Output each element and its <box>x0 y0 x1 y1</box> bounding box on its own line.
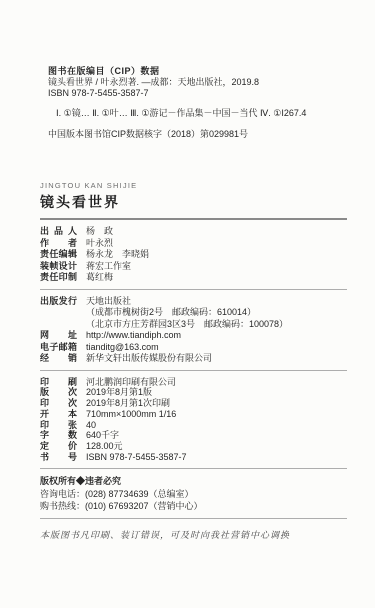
cip-record-number: 中国版本图书馆CIP数据核字（2018）第029981号 <box>48 129 347 140</box>
cip-header: 图书在版编目（CIP）数据 <box>48 66 347 77</box>
cip-isbn-line: ISBN 978-7-5455-3587-7 <box>48 88 347 99</box>
impression-info: 2019年8月第1次印刷 <box>86 398 347 409</box>
credit-label: 装帧设计 <box>40 261 77 273</box>
book-title-pinyin: JINGTOU KAN SHIJIE <box>40 181 347 190</box>
sheet-count: 40 <box>86 420 347 431</box>
section-divider <box>40 518 347 519</box>
credit-row: 责任编辑 杨永龙 李晓娟 <box>40 249 347 261</box>
publishing-label: 经销 <box>40 353 77 365</box>
cip-title-line: 镜头看世界 / 叶永烈著. —成都：天地出版社，2019.8 <box>48 77 347 88</box>
printing-row: 定价 128.00元 <box>40 441 347 452</box>
credit-value: 蒋宏工作室 <box>86 261 347 273</box>
credit-label: 作者 <box>40 238 77 250</box>
publishing-row: 电子邮箱 tianditg@163.com <box>40 342 347 354</box>
printing-row: 版次 2019年8月第1版 <box>40 387 347 398</box>
printing-row: 印次 2019年8月第1次印刷 <box>40 398 347 409</box>
publishing-row: 网址 http://www.tiandiph.com <box>40 330 347 342</box>
edition-info: 2019年8月第1版 <box>86 387 347 398</box>
word-count: 640千字 <box>86 430 347 441</box>
publisher-website: http://www.tiandiph.com <box>86 330 347 342</box>
printing-label: 书号 <box>40 452 77 463</box>
publisher-email: tianditg@163.com <box>86 342 347 354</box>
cip-block: 图书在版编目（CIP）数据 镜头看世界 / 叶永烈著. —成都：天地出版社，20… <box>40 66 347 140</box>
publishing-block: 出版发行 天地出版社 （成都市槐树街2号 邮政编码：610014） （北京市方庄… <box>40 296 347 365</box>
printing-row: 书号 ISBN 978-7-5455-3587-7 <box>40 452 347 463</box>
title-block: JINGTOU KAN SHIJIE 镜头看世界 <box>40 181 347 212</box>
book-title: 镜头看世界 <box>40 192 347 212</box>
copyright-block: 版权所有◆违者必究 咨询电话：(028) 87734639（总编室） 购书热线：… <box>40 475 347 513</box>
publishing-label <box>40 307 77 319</box>
printing-label: 版次 <box>40 387 77 398</box>
replacement-note: 本版图书凡印刷、装订错误，可及时向我社营销中心调换 <box>40 528 347 541</box>
credits-block: 出品人 杨 政 作者 叶永烈 责任编辑 杨永龙 李晓娟 装帧设计 蒋宏工作室 责… <box>40 226 347 284</box>
printing-row: 印刷 河北鹏润印刷有限公司 <box>40 377 347 388</box>
printing-row: 字数 640千字 <box>40 430 347 441</box>
printing-label: 定价 <box>40 441 77 452</box>
price: 128.00元 <box>86 441 347 452</box>
credit-value: 葛红梅 <box>86 272 347 284</box>
credit-value: 杨 政 <box>86 226 347 238</box>
printing-block: 印刷 河北鹏润印刷有限公司 版次 2019年8月第1版 印次 2019年8月第1… <box>40 377 347 463</box>
format-info: 710mm×1000mm 1/16 <box>86 409 347 420</box>
credit-row: 作者 叶永烈 <box>40 238 347 250</box>
printing-label: 印次 <box>40 398 77 409</box>
credit-label: 出品人 <box>40 226 77 238</box>
credit-label: 责任编辑 <box>40 249 77 261</box>
printing-label: 字数 <box>40 430 77 441</box>
section-divider <box>40 370 347 371</box>
credit-value: 叶永烈 <box>86 238 347 250</box>
publishing-label: 出版发行 <box>40 296 77 308</box>
printer-name: 河北鹏润印刷有限公司 <box>86 377 347 388</box>
printing-row: 开本 710mm×1000mm 1/16 <box>40 409 347 420</box>
printing-label: 开本 <box>40 409 77 420</box>
publisher-address-beijing: （北京市方庄芳群园3区3号 邮政编码：100078） <box>86 319 347 331</box>
publishing-row: （北京市方庄芳群园3区3号 邮政编码：100078） <box>40 319 347 331</box>
publishing-row: （成都市槐树街2号 邮政编码：610014） <box>40 307 347 319</box>
printing-label: 印张 <box>40 420 77 431</box>
credit-value: 杨永龙 李晓娟 <box>86 249 347 261</box>
distributor-name: 新华文轩出版传媒股份有限公司 <box>86 353 347 365</box>
publishing-label: 电子邮箱 <box>40 342 77 354</box>
copyright-notice: 版权所有◆违者必究 <box>40 475 347 488</box>
isbn-number: ISBN 978-7-5455-3587-7 <box>86 452 347 463</box>
credit-label: 责任印制 <box>40 272 77 284</box>
publishing-label <box>40 319 77 331</box>
inquiry-phone: 咨询电话：(028) 87734639（总编室） <box>40 488 347 501</box>
credit-row: 装帧设计 蒋宏工作室 <box>40 261 347 273</box>
credit-row: 责任印制 葛红梅 <box>40 272 347 284</box>
printing-row: 印张 40 <box>40 420 347 431</box>
publisher-name: 天地出版社 <box>86 296 347 308</box>
printing-label: 印刷 <box>40 377 77 388</box>
publishing-row: 出版发行 天地出版社 <box>40 296 347 308</box>
publisher-address-chengdu: （成都市槐树街2号 邮政编码：610014） <box>86 307 347 319</box>
section-divider <box>40 289 347 290</box>
order-hotline: 购书热线：(010) 67693207（营销中心） <box>40 500 347 513</box>
title-divider <box>40 218 347 220</box>
cip-classification: Ⅰ. ①镜… Ⅱ. ①叶… Ⅲ. ①游记－作品集－中国－当代 Ⅳ. ①I267.… <box>40 108 342 119</box>
publishing-row: 经销 新华文轩出版传媒股份有限公司 <box>40 353 347 365</box>
section-divider <box>40 468 347 469</box>
copyright-page: 图书在版编目（CIP）数据 镜头看世界 / 叶永烈著. —成都：天地出版社，20… <box>0 0 375 608</box>
publishing-label: 网址 <box>40 330 77 342</box>
credit-row: 出品人 杨 政 <box>40 226 347 238</box>
